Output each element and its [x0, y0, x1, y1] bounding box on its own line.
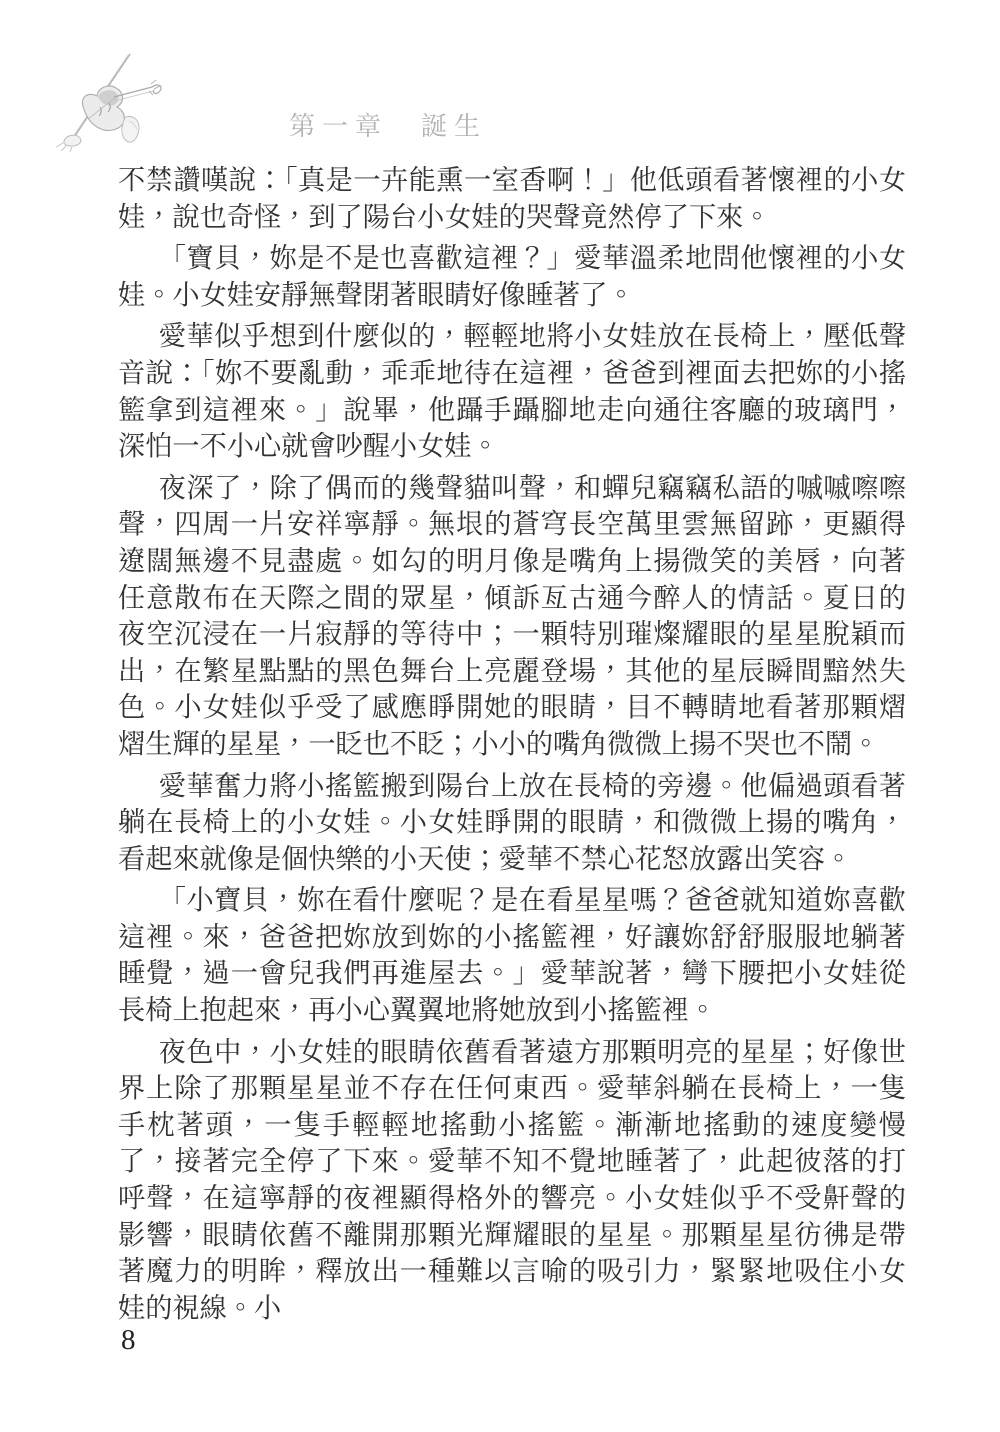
violin-icon [54, 50, 179, 162]
paragraph: 愛華似乎想到什麼似的，輕輕地將小女娃放在長椅上，壓低聲音說：「妳不要亂動，乖乖地… [118, 318, 906, 464]
page-number: 8 [121, 1324, 136, 1357]
paragraph: 「小寶貝，妳在看什麼呢？是在看星星嗎？爸爸就知道妳喜歡這裡。來，爸爸把妳放到妳的… [118, 882, 906, 1028]
chapter-title: 第一章 誕生 [289, 106, 487, 143]
paragraph: 愛華奮力將小搖籃搬到陽台上放在長椅的旁邊。他偏過頭看著躺在長椅上的小女娃。小女娃… [118, 768, 906, 878]
paragraph: 夜深了，除了偶而的幾聲貓叫聲，和蟬兒竊竊私語的嘁嘁嚓嚓聲，四周一片安祥寧靜。無垠… [118, 470, 906, 763]
paragraph: 夜色中，小女娃的眼睛依舊看著遠方那顆明亮的星星；好像世界上除了那顆星星並不存在任… [118, 1034, 906, 1327]
violin-sketch-illustration [54, 50, 179, 162]
paragraph: 「寶貝，妳是不是也喜歡這裡？」愛華溫柔地問他懷裡的小女娃。小女娃安靜無聲閉著眼睛… [118, 240, 906, 313]
book-page: 第一章 誕生 不禁讚嘆說：「真是一卉能熏一室香啊！」他低頭看著懷裡的小女娃，說也… [0, 0, 1000, 1432]
paragraph: 不禁讚嘆說：「真是一卉能熏一室香啊！」他低頭看著懷裡的小女娃，說也奇怪，到了陽台… [118, 162, 906, 235]
body-text: 不禁讚嘆說：「真是一卉能熏一室香啊！」他低頭看著懷裡的小女娃，說也奇怪，到了陽台… [118, 162, 906, 1331]
